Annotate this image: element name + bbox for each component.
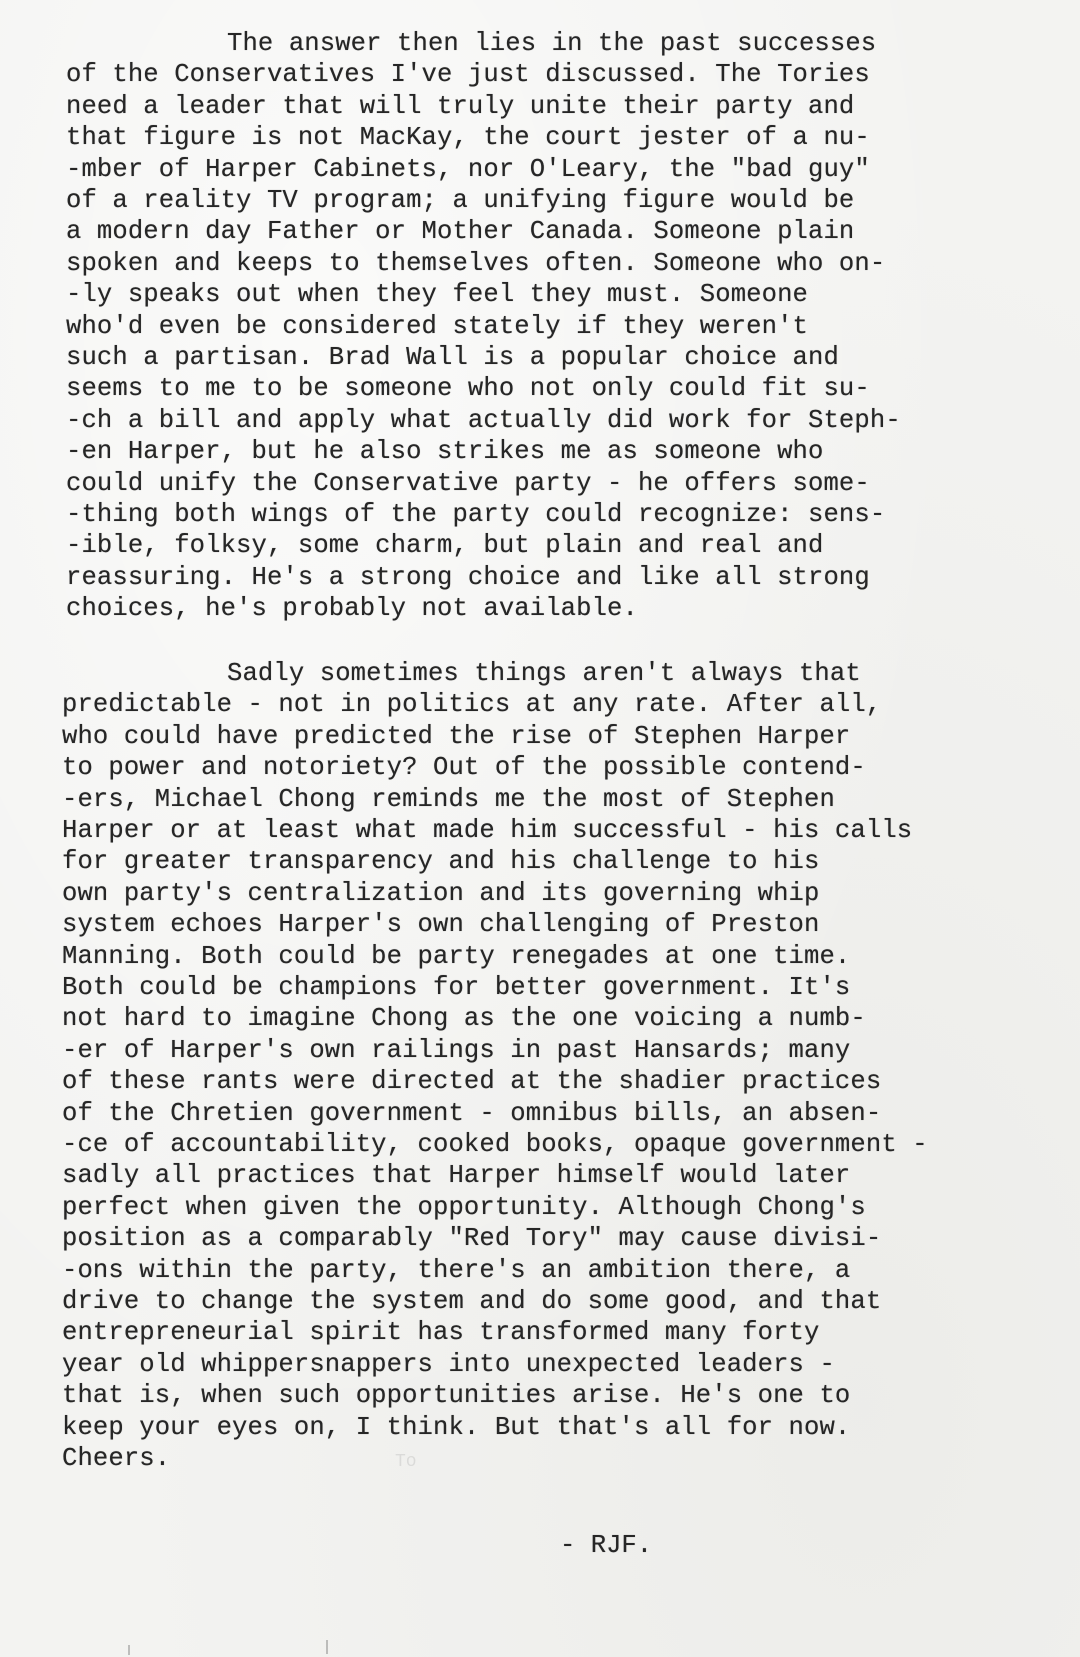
signature: - RJF. <box>560 1533 652 1559</box>
text-line: to power and notoriety? Out of the possi… <box>62 755 866 781</box>
text-line: a modern day Father or Mother Canada. So… <box>66 219 854 245</box>
text-line: Harper or at least what made him success… <box>62 818 912 844</box>
text-line: system echoes Harper's own challenging o… <box>62 912 819 938</box>
text-line: -en Harper, but he also strikes me as so… <box>66 439 823 465</box>
text-line: -ers, Michael Chong reminds me the most … <box>62 787 835 813</box>
text-line: of the Chretien government - omnibus bil… <box>62 1101 881 1127</box>
text-line: of the Conservatives I've just discussed… <box>66 62 870 88</box>
text-line: -ons within the party, there's an ambiti… <box>62 1258 850 1284</box>
text-line: perfect when given the opportunity. Alth… <box>62 1195 866 1221</box>
text-line: predictable - not in politics at any rat… <box>62 692 881 718</box>
text-line: for greater transparency and his challen… <box>62 849 819 875</box>
text-line: sadly all practices that Harper himself … <box>62 1163 850 1189</box>
text-line: who'd even be considered stately if they… <box>66 314 808 340</box>
text-line: that figure is not MacKay, the court jes… <box>66 125 870 151</box>
text-line: The answer then lies in the past success… <box>227 31 876 57</box>
text-line: seems to me to be someone who not only c… <box>66 376 870 402</box>
text-line: choices, he's probably not available. <box>66 596 638 622</box>
text-line: not hard to imagine Chong as the one voi… <box>62 1006 866 1032</box>
typewritten-page: To - RJF. The answer then lies in the pa… <box>0 0 1080 1657</box>
text-line: Manning. Both could be party renegades a… <box>62 944 850 970</box>
text-line: entrepreneurial spirit has transformed m… <box>62 1320 819 1346</box>
text-line: position as a comparably "Red Tory" may … <box>62 1226 881 1252</box>
text-line: -ible, folksy, some charm, but plain and… <box>66 533 823 559</box>
text-line: -mber of Harper Cabinets, nor O'Leary, t… <box>66 157 870 183</box>
text-line: reassuring. He's a strong choice and lik… <box>66 565 870 591</box>
text-line: -ch a bill and apply what actually did w… <box>66 408 901 434</box>
paper-speck <box>128 1645 130 1655</box>
text-line: Cheers. <box>62 1446 170 1472</box>
paper-speck <box>326 1640 328 1654</box>
text-line: -thing both wings of the party could rec… <box>66 502 885 528</box>
text-line: could unify the Conservative party - he … <box>66 471 870 497</box>
text-line: such a partisan. Brad Wall is a popular … <box>66 345 839 371</box>
text-line: -ce of accountability, cooked books, opa… <box>62 1132 928 1158</box>
bleed-through-text: To <box>395 1452 417 1472</box>
text-line: that is, when such opportunities arise. … <box>62 1383 850 1409</box>
text-line: of a reality TV program; a unifying figu… <box>66 188 854 214</box>
text-line: spoken and keeps to themselves often. So… <box>66 251 885 277</box>
text-line: keep your eyes on, I think. But that's a… <box>62 1415 850 1441</box>
text-line: drive to change the system and do some g… <box>62 1289 881 1315</box>
text-line: need a leader that will truly unite thei… <box>66 94 854 120</box>
text-line: -ly speaks out when they feel they must.… <box>66 282 808 308</box>
text-line: of these rants were directed at the shad… <box>62 1069 881 1095</box>
text-line: own party's centralization and its gover… <box>62 881 819 907</box>
text-line: Sadly sometimes things aren't always tha… <box>227 661 861 687</box>
text-line: Both could be champions for better gover… <box>62 975 850 1001</box>
text-line: -er of Harper's own railings in past Han… <box>62 1038 850 1064</box>
text-line: year old whippersnappers into unexpected… <box>62 1352 835 1378</box>
text-line: who could have predicted the rise of Ste… <box>62 724 850 750</box>
